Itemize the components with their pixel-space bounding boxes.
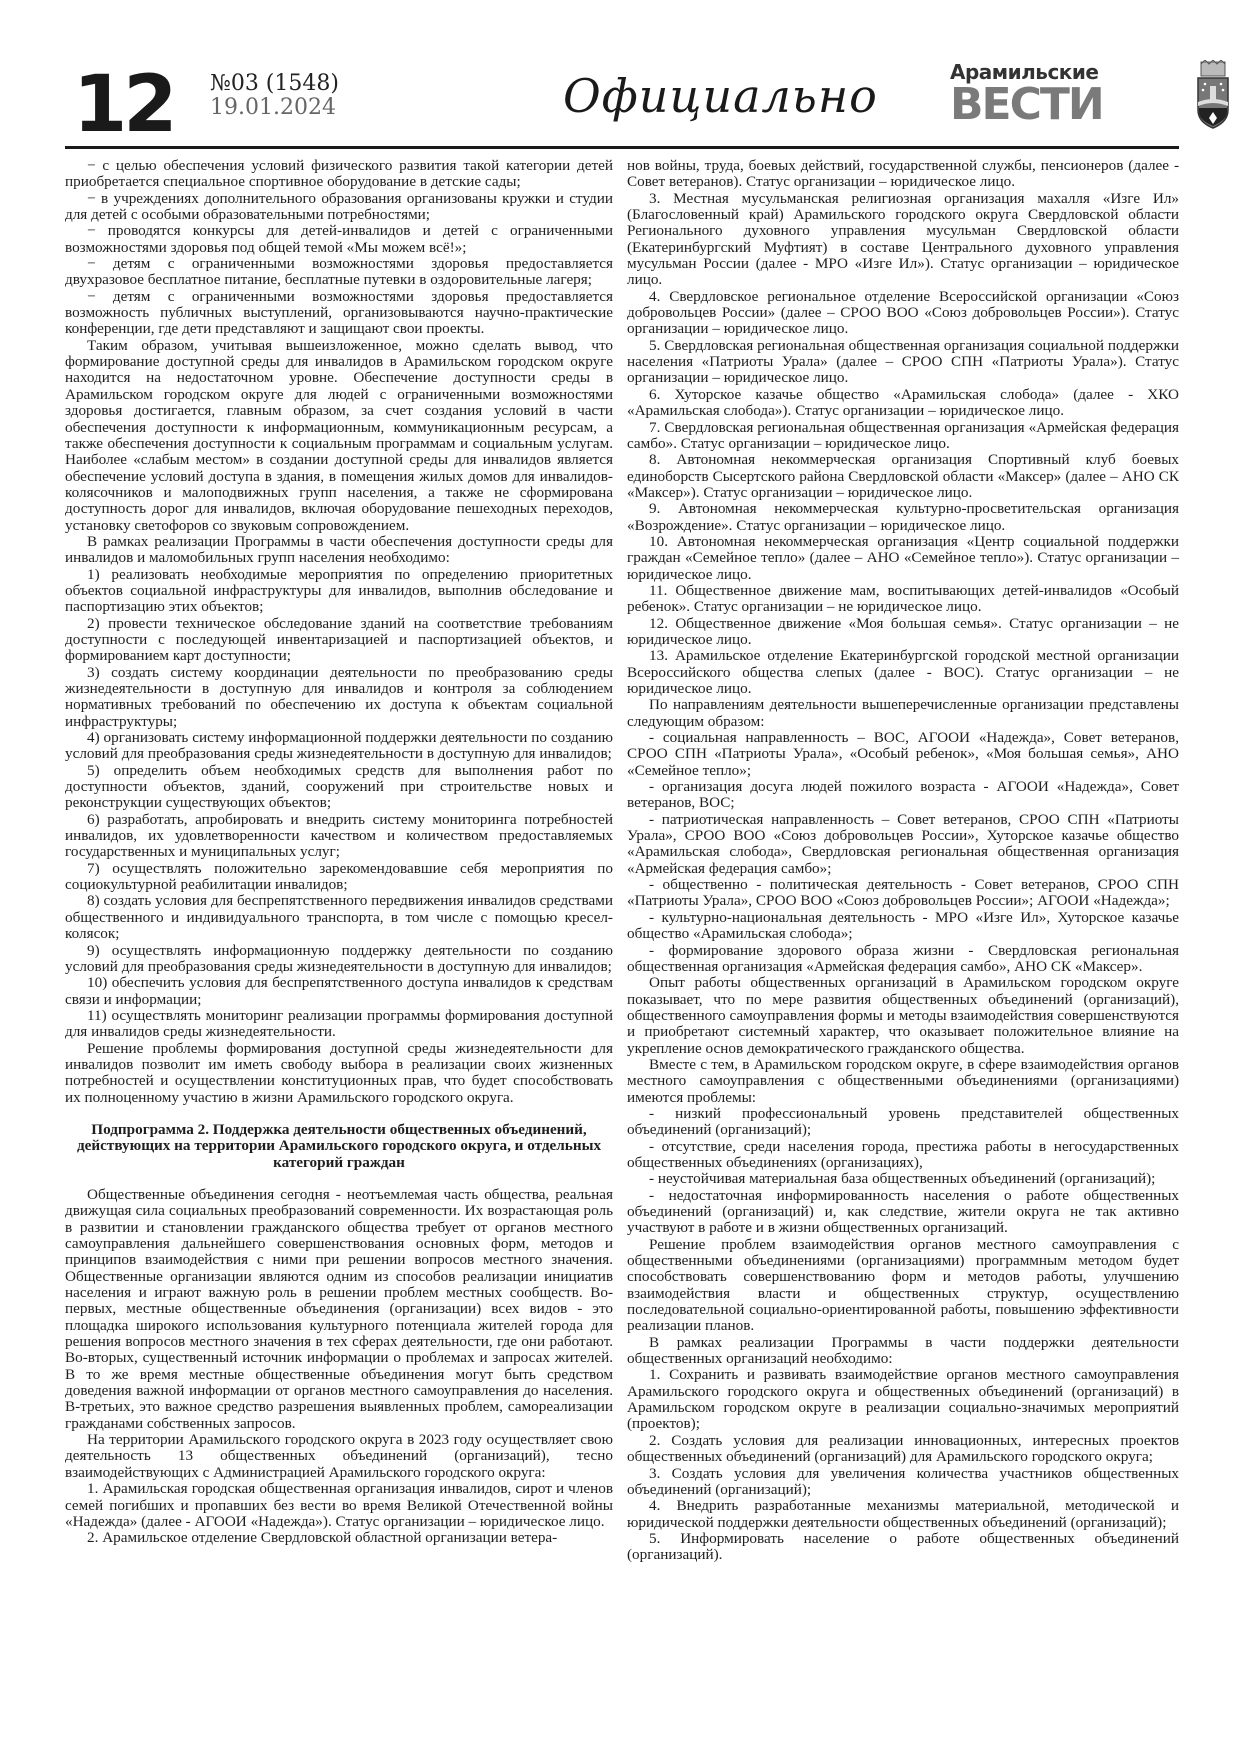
list-item: 2. Создать условия для реализации иннова… bbox=[627, 1433, 1179, 1466]
subprogram-heading: Подпрограмма 2. Поддержка деятельности о… bbox=[65, 1122, 613, 1171]
paragraph: Решение проблем взаимодействия органов м… bbox=[627, 1237, 1179, 1335]
paragraph: Таким образом, учитывая вышеизложенное, … bbox=[65, 338, 613, 534]
list-item: 8) создать условия для беспрепятственног… bbox=[65, 893, 613, 942]
paragraph: − с целью обеспечения условий физическог… bbox=[65, 158, 613, 191]
list-item: 9. Автономная некоммерческая культурно-п… bbox=[627, 501, 1179, 534]
issue-date: 19.01.2024 bbox=[210, 96, 336, 120]
list-item: - общественно - политическая деятельност… bbox=[627, 877, 1179, 910]
list-item: 8. Автономная некоммерческая организация… bbox=[627, 452, 1179, 501]
list-item: 5. Информировать население о работе обще… bbox=[627, 1531, 1179, 1564]
list-item: 1) реализовать необходимые мероприятия п… bbox=[65, 567, 613, 616]
list-item: 7) осуществлять положительно зарекомендо… bbox=[65, 861, 613, 894]
list-item: - отсутствие, среди населения города, пр… bbox=[627, 1139, 1179, 1172]
list-item: - социальная направленность – ВОС, АГООИ… bbox=[627, 730, 1179, 779]
list-item: 2) провести техническое обследование зда… bbox=[65, 616, 613, 665]
paragraph: − проводятся конкурсы для детей-инвалидо… bbox=[65, 223, 613, 256]
list-item: 13. Арамильское отделение Екатеринбургск… bbox=[627, 648, 1179, 697]
list-item: 7. Свердловская региональная общественна… bbox=[627, 420, 1179, 453]
list-item: 3) создать систему координации деятельно… bbox=[65, 665, 613, 730]
list-item: - формирование здорового образа жизни - … bbox=[627, 943, 1179, 976]
paragraph: Вместе с тем, в Арамильском городском ок… bbox=[627, 1057, 1179, 1106]
right-column: нов войны, труда, боевых действий, госуд… bbox=[627, 158, 1179, 1564]
paragraph: В рамках реализации Программы в части по… bbox=[627, 1335, 1179, 1368]
list-item: 3. Создать условия для увеличения количе… bbox=[627, 1466, 1179, 1499]
list-item: 4. Свердловское региональное отделение В… bbox=[627, 289, 1179, 338]
list-item: - неустойчивая материальная база обществ… bbox=[627, 1171, 1179, 1187]
list-item: - низкий профессиональный уровень предст… bbox=[627, 1106, 1179, 1139]
list-item: 5. Свердловская региональная общественна… bbox=[627, 338, 1179, 387]
list-item: - недостаточная информированность населе… bbox=[627, 1188, 1179, 1237]
list-item: 10. Автономная некоммерческая организаци… bbox=[627, 534, 1179, 583]
list-item: 9) осуществлять информационную поддержку… bbox=[65, 943, 613, 976]
list-item: 11) осуществлять мониторинг реализации п… bbox=[65, 1008, 613, 1041]
list-item: - патриотическая направленность – Совет … bbox=[627, 812, 1179, 877]
list-item: 11. Общественное движение мам, воспитыва… bbox=[627, 583, 1179, 616]
list-item: 1. Арамильская городская общественная ор… bbox=[65, 1481, 613, 1530]
paragraph: На территории Арамильского городского ок… bbox=[65, 1432, 613, 1481]
paragraph: Опыт работы общественных организаций в А… bbox=[627, 975, 1179, 1057]
page-number: 12 bbox=[73, 66, 174, 144]
header-divider bbox=[65, 146, 1179, 149]
paragraph: По направлениям деятельности вышеперечис… bbox=[627, 697, 1179, 730]
paragraph: В рамках реализации Программы в части об… bbox=[65, 534, 613, 567]
list-item: 1. Сохранить и развивать взаимодействие … bbox=[627, 1367, 1179, 1432]
paragraph: Общественные объединения сегодня - неотъ… bbox=[65, 1187, 613, 1432]
section-title: Официально bbox=[563, 68, 878, 124]
list-item: 6) разработать, апробировать и внедрить … bbox=[65, 812, 613, 861]
paragraph-continuation: нов войны, труда, боевых действий, госуд… bbox=[627, 158, 1179, 191]
masthead-main: ВЕСТИ bbox=[950, 80, 1103, 130]
list-item: 5) определить объем необходимых средств … bbox=[65, 763, 613, 812]
page-header: 12 №03 (1548) 19.01.2024 Официально Арам… bbox=[65, 40, 1179, 148]
list-item: 12. Общественное движение «Моя большая с… bbox=[627, 616, 1179, 649]
list-item: 3. Местная мусульманская религиозная орг… bbox=[627, 191, 1179, 289]
paragraph: − детям с ограниченными возможностями зд… bbox=[65, 289, 613, 338]
list-item: 6. Хуторское казачье общество «Арамильск… bbox=[627, 387, 1179, 420]
list-item: 10) обеспечить условия для беспрепятстве… bbox=[65, 975, 613, 1008]
list-item: - культурно-национальная деятельность - … bbox=[627, 910, 1179, 943]
issue-number: №03 (1548) bbox=[210, 72, 339, 96]
paragraph: − детям с ограниченными возможностями зд… bbox=[65, 256, 613, 289]
list-item: 4) организовать систему информационной п… bbox=[65, 730, 613, 763]
paragraph: − в учреждениях дополнительного образова… bbox=[65, 191, 613, 224]
list-item: - организация досуга людей пожилого возр… bbox=[627, 779, 1179, 812]
list-item: 4. Внедрить разработанные механизмы мате… bbox=[627, 1498, 1179, 1531]
coat-of-arms-icon bbox=[1195, 60, 1231, 130]
list-item: 2. Арамильское отделение Свердловской об… bbox=[65, 1530, 613, 1546]
left-column: − с целью обеспечения условий физическог… bbox=[65, 158, 613, 1547]
paragraph: Решение проблемы формирования доступной … bbox=[65, 1041, 613, 1106]
